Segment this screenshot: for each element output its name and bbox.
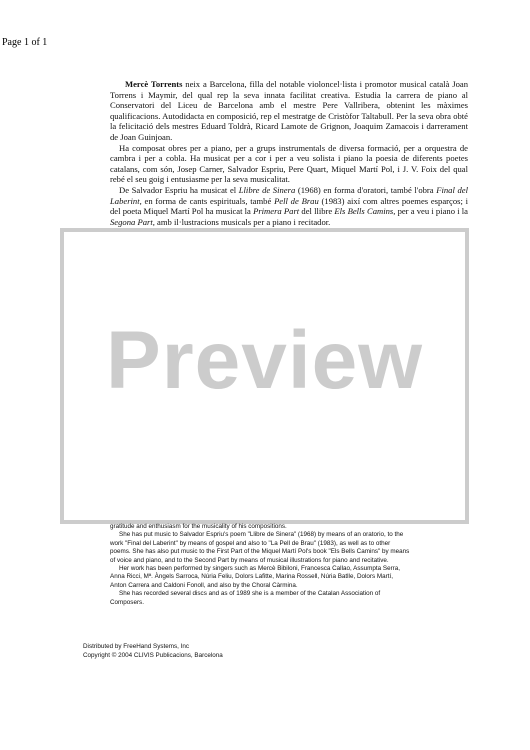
- catalan-paragraph-2: Ha composat obres per a piano, per a gru…: [110, 143, 468, 185]
- english-paragraph-1: She has put music to Salvador Espriu's p…: [110, 531, 410, 565]
- footer: Distributed by FreeHand Systems, Inc Cop…: [83, 643, 223, 660]
- english-paragraph-0: gratitude and enthusiasm for the musical…: [110, 523, 410, 531]
- copyright-line: Copyright © 2004 CLIVIS Publicacions, Ba…: [83, 652, 223, 661]
- english-biography: gratitude and enthusiasm for the musical…: [110, 523, 410, 607]
- page-indicator: Page 1 of 1: [2, 37, 47, 48]
- catalan-paragraph-3: De Salvador Espriu ha musicat el Llibre …: [110, 185, 468, 227]
- composer-name: Mercè Torrents: [125, 79, 182, 89]
- distributor-line: Distributed by FreeHand Systems, Inc: [83, 643, 223, 652]
- catalan-paragraph-1: Mercè Torrents neix a Barcelona, filla d…: [110, 79, 468, 143]
- english-paragraph-2: Her work has been performed by singers s…: [110, 565, 410, 590]
- english-paragraph-3: She has recorded several discs and as of…: [110, 590, 410, 607]
- preview-watermark-text: Preview: [64, 320, 465, 402]
- preview-watermark-box: Preview: [60, 228, 469, 524]
